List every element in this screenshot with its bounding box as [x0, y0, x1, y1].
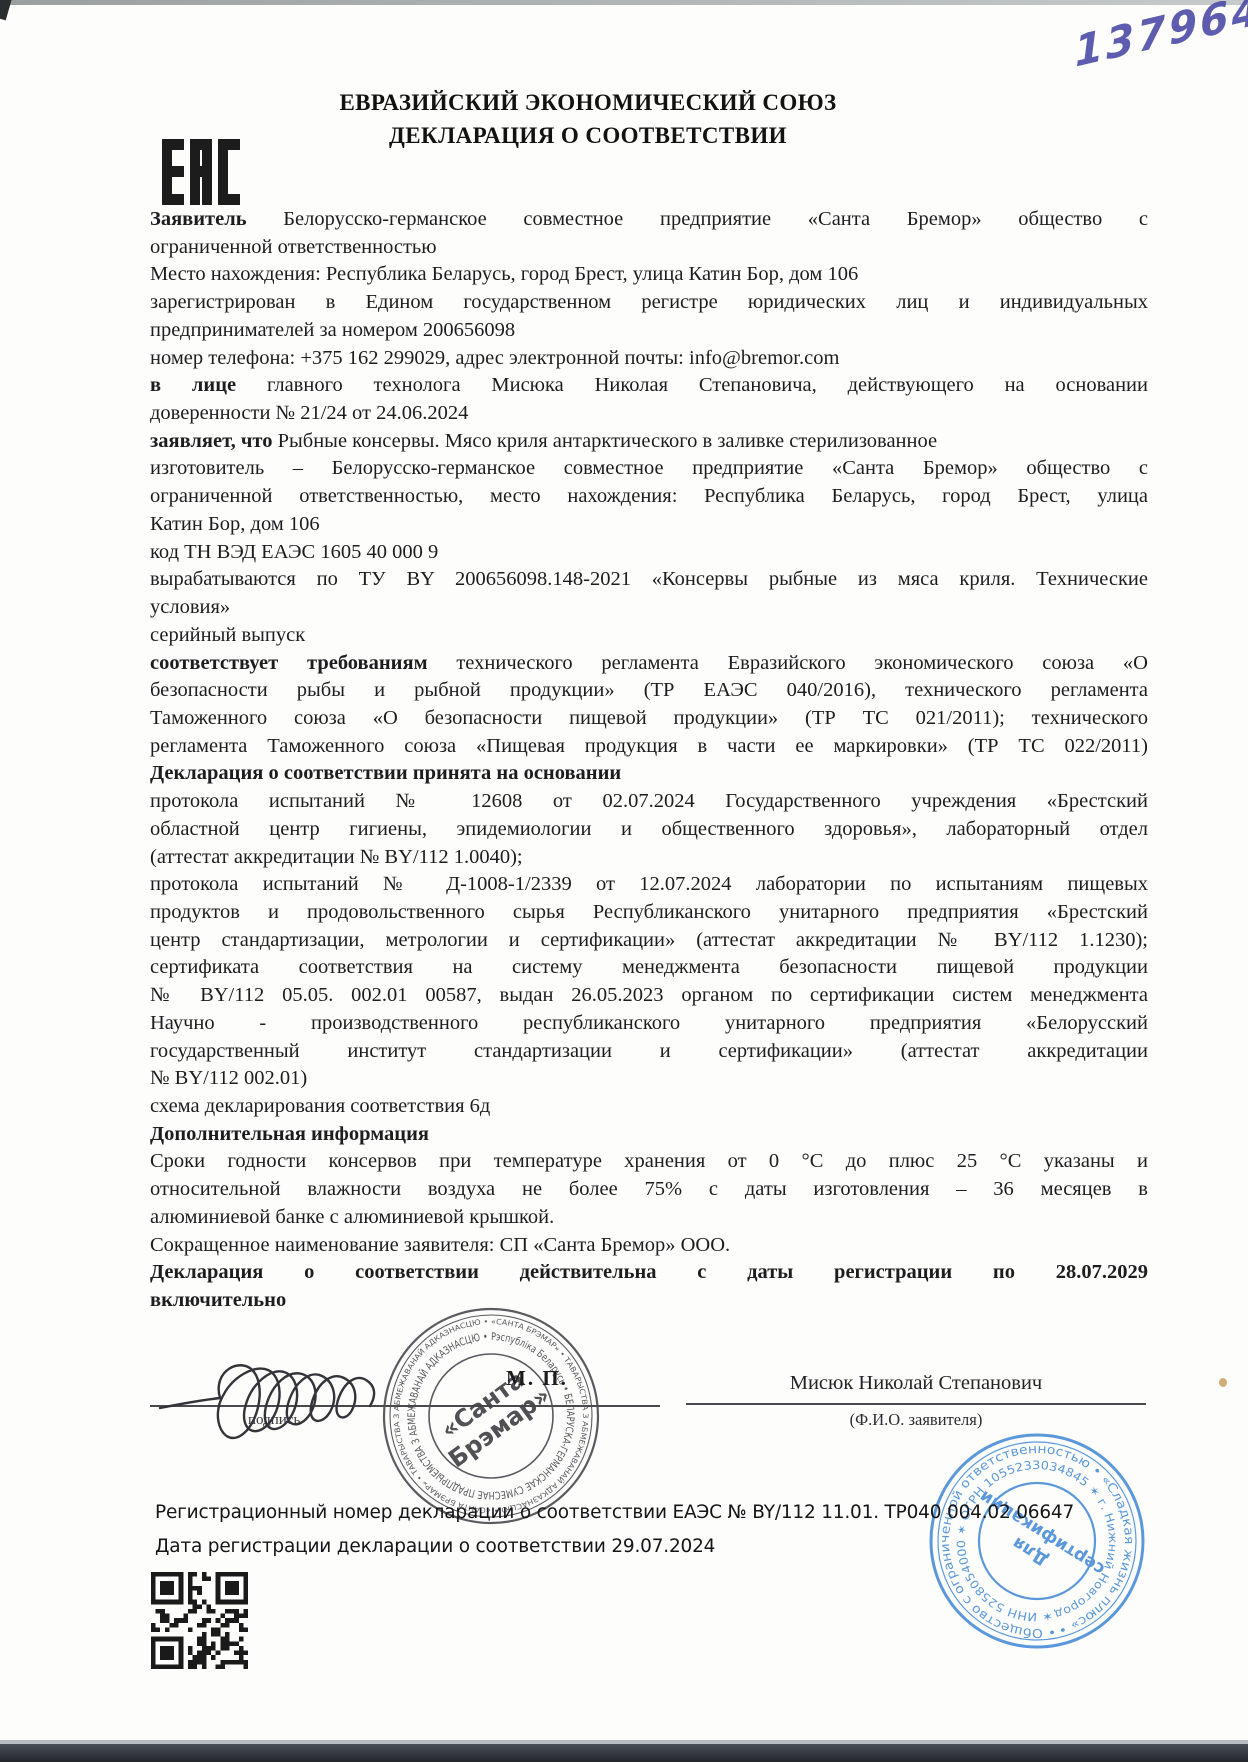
- ink-dot: [1219, 1378, 1227, 1387]
- applicant-name-caption: (Ф.И.О. заявителя): [686, 1410, 1146, 1430]
- scan-edge-bottom: [0, 1744, 1248, 1762]
- page-title-line1: ЕВРАЗИЙСКИЙ ЭКОНОМИЧЕСКИЙ СОЮЗ: [0, 86, 1176, 119]
- body-line: соответствует требованиям технического р…: [150, 650, 1148, 678]
- applicant-name: Мисюк Николай Степанович: [686, 1372, 1146, 1395]
- body-line: Заявитель Белорусско-германское совместн…: [150, 206, 1148, 234]
- body-line: изготовитель – Белорусско-германское сов…: [150, 455, 1148, 483]
- qr-code: [151, 1572, 248, 1669]
- body-line: в лице главного технолога Мисюка Николая…: [150, 372, 1148, 400]
- body-line: серийный выпуск: [150, 622, 1148, 650]
- body-line: алюминиевой банке с алюминиевой крышкой.: [150, 1204, 1148, 1232]
- body-line: код ТН ВЭД ЕАЭС 1605 40 000 9: [150, 539, 1148, 567]
- company-stamp-blue: • Общество с ограниченной ответственност…: [924, 1428, 1150, 1654]
- handwritten-number: 137964: [1073, 0, 1248, 77]
- body-line: (аттестат аккредитации № BY/112 1.0040);: [150, 844, 1148, 872]
- body-line: протокола испытаний № Д-1008-1/2339 от 1…: [150, 871, 1148, 899]
- body-line: Сокращенное наименование заявителя: СП «…: [150, 1232, 1148, 1260]
- body-line: Научно - производственного республиканск…: [150, 1010, 1148, 1038]
- body-line: схема декларирования соответствия 6д: [150, 1093, 1148, 1121]
- body-line: ограниченной ответственностью: [150, 234, 1148, 262]
- body-line: включительно: [150, 1287, 1148, 1315]
- company-stamp-black: «САНТА БРЭМАР» • ТАВАРЫСТВА З АБМЕЖАВАНА…: [379, 1304, 603, 1528]
- body-line: центр стандартизации, метрологии и серти…: [150, 927, 1148, 955]
- stamp-place-mark: М. П.: [506, 1366, 568, 1391]
- body-line: сертификата соответствия на систему мене…: [150, 954, 1148, 982]
- body-line: доверенности № 21/24 от 24.06.2024: [150, 400, 1148, 428]
- registration-date-line: Дата регистрации декларации о соответств…: [155, 1536, 715, 1557]
- body-line: зарегистрирован в Едином государственном…: [150, 289, 1148, 317]
- body-line: Место нахождения: Республика Беларусь, г…: [150, 261, 1148, 289]
- declaration-document: 137964 ЕВРАЗИЙСКИЙ ЭКОНОМИЧЕСКИЙ СОЮЗ ДЕ…: [0, 0, 1248, 1762]
- body-line: областной центр гигиены, эпидемиологии и…: [150, 816, 1148, 844]
- body-line: вырабатываются по ТУ BY 200656098.148-20…: [150, 566, 1148, 594]
- body-line: протокола испытаний № 12608 от 02.07.202…: [150, 788, 1148, 816]
- body-line: безопасности рыбы и рыбной продукции» (Т…: [150, 677, 1148, 705]
- body-line: государственный институт стандартизации …: [150, 1038, 1148, 1066]
- body-line: регламента Таможенного союза «Пищевая пр…: [150, 733, 1148, 761]
- registration-number-line: Регистрационный номер декларации о соотв…: [155, 1502, 1074, 1523]
- body-line: Катин Бор, дом 106: [150, 511, 1148, 539]
- eac-logo: [162, 139, 240, 205]
- body-line: предпринимателей за номером 200656098: [150, 317, 1148, 345]
- body-line: Декларация о соответствии принята на осн…: [150, 760, 1148, 788]
- body-line: Сроки годности консервов при температуре…: [150, 1148, 1148, 1176]
- body-line: условия»: [150, 594, 1148, 622]
- body-line: номер телефона: +375 162 299029, адрес э…: [150, 345, 1148, 373]
- body-line: продуктов и продовольственного сырья Рес…: [150, 899, 1148, 927]
- body-line: заявляет, что Рыбные консервы. Мясо крил…: [150, 428, 1148, 456]
- signature-scribble: [158, 1338, 398, 1456]
- body-line: Таможенного союза «О безопасности пищево…: [150, 705, 1148, 733]
- body-text: Заявитель Белорусско-германское совместн…: [150, 206, 1148, 1315]
- body-line: ограниченной ответственностью, место нах…: [150, 483, 1148, 511]
- body-line: № BY/112 05.05. 002.01 00587, выдан 26.0…: [150, 982, 1148, 1010]
- body-line: относительной влажности воздуха не более…: [150, 1176, 1148, 1204]
- body-line: № BY/112 002.01): [150, 1065, 1148, 1093]
- applicant-name-line: [686, 1403, 1146, 1405]
- body-line: Декларация о соответствии действительна …: [150, 1259, 1148, 1287]
- scan-edge-top: [0, 0, 1248, 5]
- scan-edge-corner: [0, 0, 12, 20]
- body-line: Дополнительная информация: [150, 1121, 1148, 1149]
